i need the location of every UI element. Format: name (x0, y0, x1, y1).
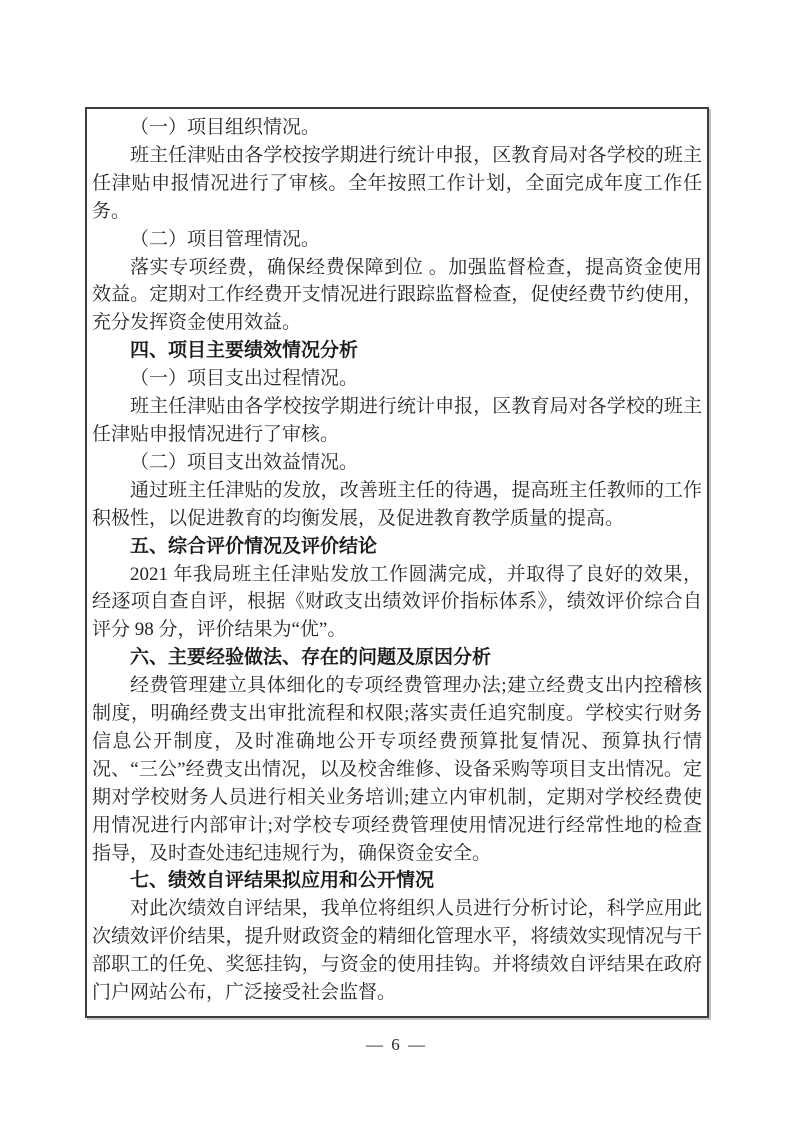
page-number: — 6 — (0, 1035, 793, 1055)
paragraph: 2021 年我局班主任津贴发放工作圆满完成，并取得了良好的效果，经逐项自查自评，… (92, 561, 702, 645)
sub-item-title: （二）项目支出效益情况。 (92, 449, 702, 477)
sub-item-title: （一）项目支出过程情况。 (92, 365, 702, 393)
paragraph: 落实专项经费，确保经费保障到位 。加强监督检查，提高资金使用效益。定期对工作经费… (92, 254, 702, 338)
paragraph: 班主任津贴由各学校按学期进行统计申报，区教育局对各学校的班主任津贴申报情况进行了… (92, 142, 702, 226)
section-heading-4: 四、项目主要绩效情况分析 (92, 337, 702, 365)
paragraph: 经费管理建立具体细化的专项经费管理办法;建立经费支出内控稽核制度，明确经费支出审… (92, 672, 702, 867)
section-heading-6: 六、主要经验做法、存在的问题及原因分析 (92, 644, 702, 672)
report-page: （一）项目组织情况。 班主任津贴由各学校按学期进行统计申报，区教育局对各学校的班… (0, 0, 793, 1122)
report-text-box: （一）项目组织情况。 班主任津贴由各学校按学期进行统计申报，区教育局对各学校的班… (85, 107, 709, 1018)
paragraph: 班主任津贴由各学校按学期进行统计申报，区教育局对各学校的班主任津贴申报情况进行了… (92, 393, 702, 449)
section-heading-7: 七、绩效自评结果拟应用和公开情况 (92, 867, 702, 895)
sub-item-title: （二）项目管理情况。 (92, 226, 702, 254)
sub-item-title: （一）项目组织情况。 (92, 114, 702, 142)
paragraph: 对此次绩效自评结果，我单位将组织人员进行分析讨论，科学应用此次绩效评价结果，提升… (92, 895, 702, 1007)
section-heading-5: 五、综合评价情况及评价结论 (92, 533, 702, 561)
paragraph: 通过班主任津贴的发放，改善班主任的待遇，提高班主任教师的工作积极性，以促进教育的… (92, 477, 702, 533)
